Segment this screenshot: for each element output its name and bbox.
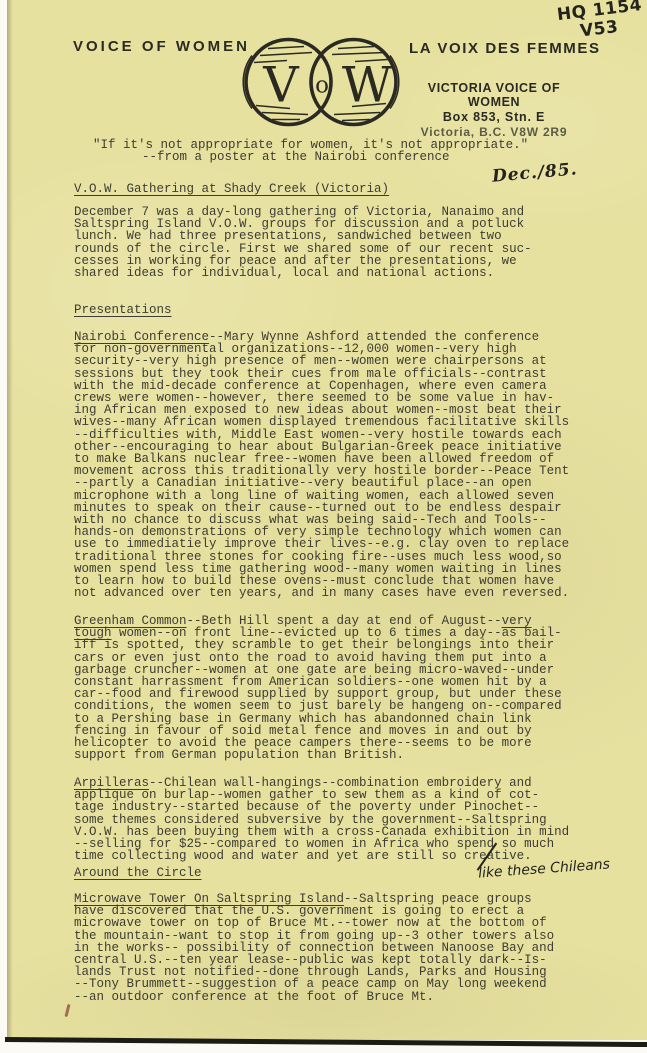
paragraph-intro: December 7 was a day-long gathering of V… (74, 206, 532, 279)
paragraph-microwave-tower: Microwave Tower On Saltspring Island--Sa… (74, 893, 554, 1003)
address-city: Victoria, B.C. V8W 2R9 (403, 125, 585, 139)
epigraph-line-2: --from a poster at the Nairobi conferenc… (93, 151, 528, 163)
logo-letter-o: o (315, 73, 329, 99)
section-heading-shady-creek: V.O.W. Gathering at Shady Creek (Victori… (74, 183, 389, 195)
logo-letter-v: V (262, 57, 300, 114)
address-box: Box 853, Stn. E (403, 110, 585, 124)
page-left-edge-shadow (7, 0, 13, 1040)
masthead-title-english: VOICE OF WOMEN (73, 38, 250, 55)
paragraph-arpilleras: Arpilleras--Chilean wall-hangings--combi… (74, 777, 569, 862)
logo-letter-w: W (342, 57, 393, 114)
epigraph: "If it's not appropriate for women, it's… (93, 139, 528, 163)
paragraph-greenham-common: Greenham Common--Beth Hill spent a day a… (74, 615, 562, 761)
letterhead-address-block: VICTORIA VOICE OF WOMEN Box 853, Stn. E … (403, 81, 585, 139)
section-heading-around-the-circle: Around the Circle (74, 867, 202, 879)
paragraph-nairobi-conference: Nairobi Conference--Mary Wynne Ashford a… (74, 331, 569, 599)
section-heading-presentations: Presentations (74, 304, 172, 316)
vow-logo: V o W (242, 35, 400, 129)
org-name: VICTORIA VOICE OF WOMEN (403, 81, 585, 109)
